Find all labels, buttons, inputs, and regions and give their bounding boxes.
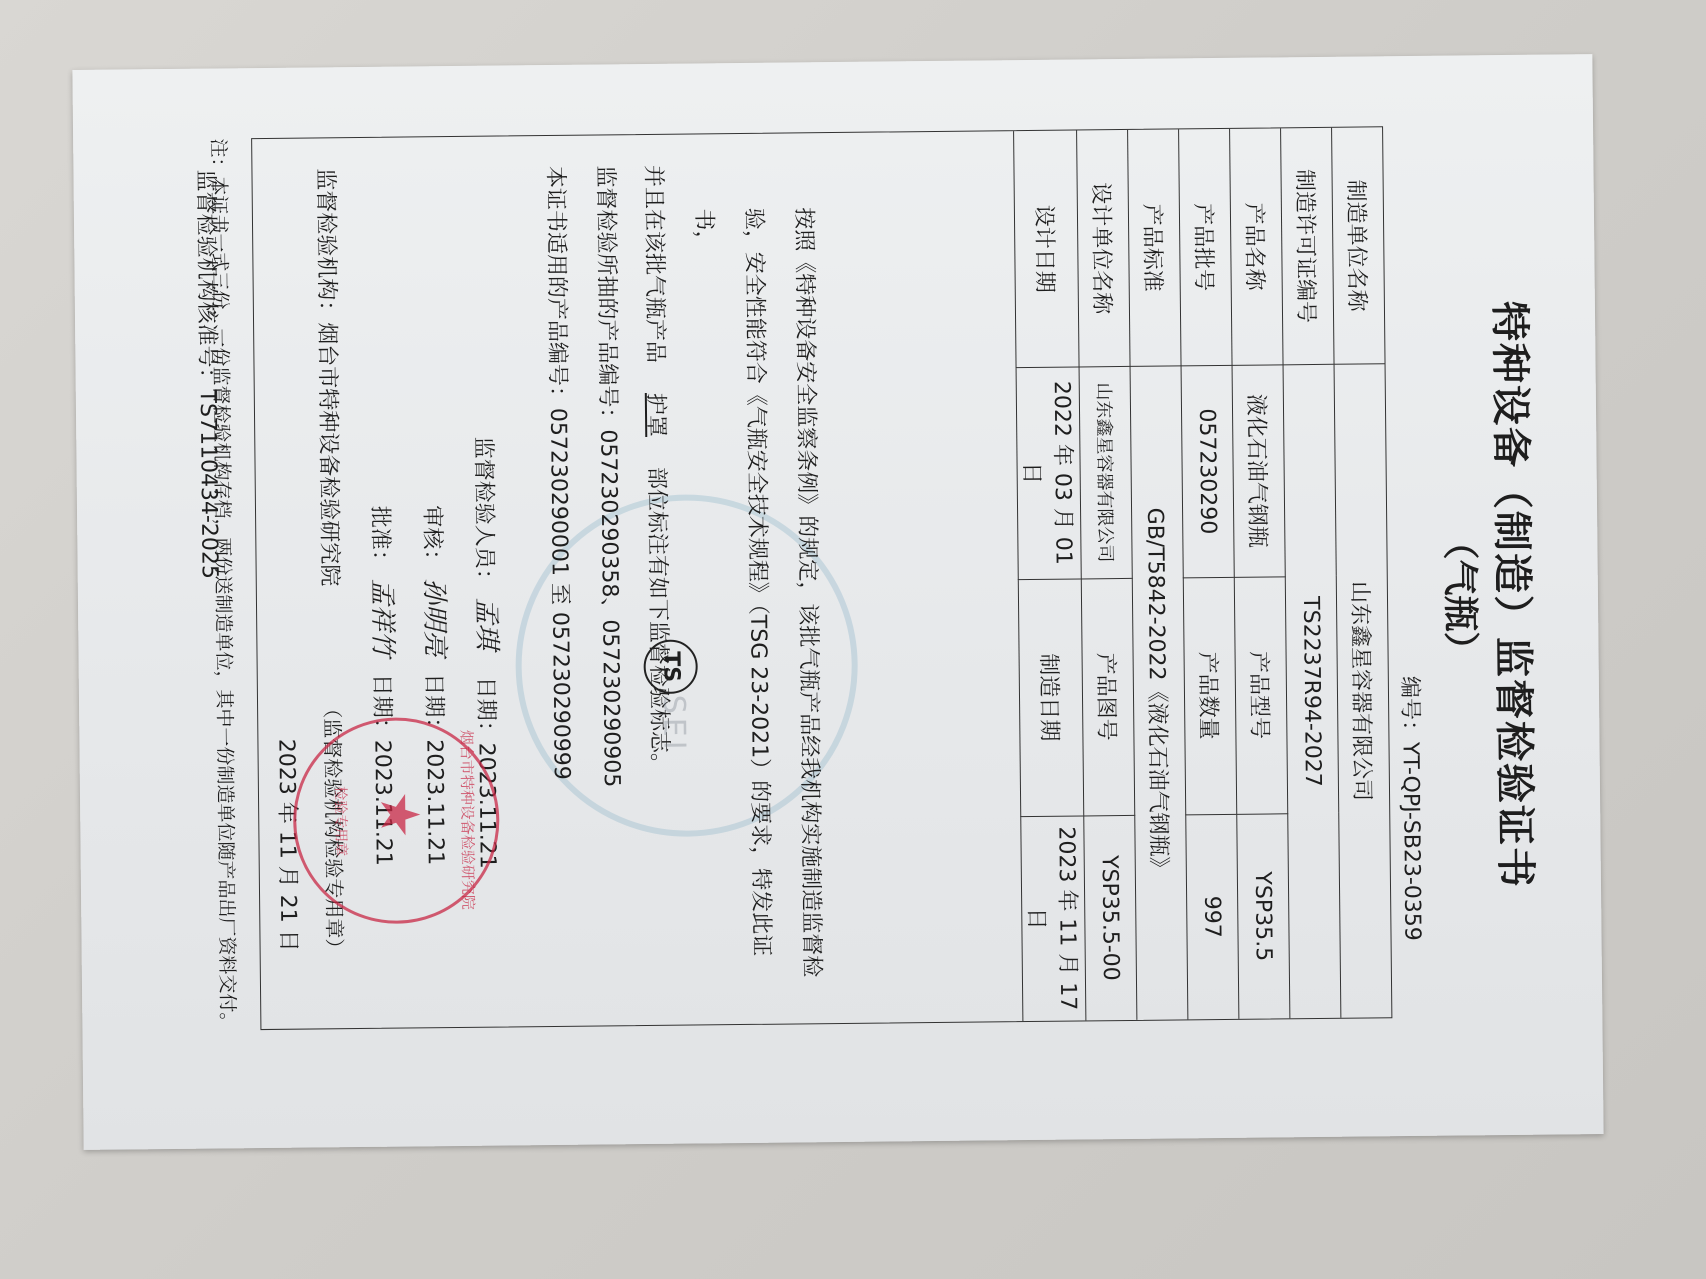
statement-prefix: 并且在该批气瓶产品	[640, 165, 667, 363]
standard-label: 产品标准	[1128, 129, 1181, 366]
statement-paragraph: 按照《特种设备安全监察条例》的规定，该批气瓶产品经我机构实施制造监督检验，安全性…	[627, 163, 836, 995]
table-row: 设计单位名称 山东鑫星容器有限公司 产品图号 YSP35.5-00	[1077, 130, 1137, 1020]
reviewer-signature: 孙明亮	[419, 578, 450, 656]
drawing-value: YSP35.5-00	[1084, 815, 1137, 1021]
official-seal: 烟台市特种设备检验研究院 ★ 检验专用章	[292, 717, 500, 925]
info-table: 制造单位名称 山东鑫星容器有限公司 制造许可证编号 TS2237R94-2027…	[1013, 127, 1391, 1021]
sampled-numbers: 监督检验所抽的产品编号：057230290358、057230290905	[591, 165, 629, 787]
seal-subtext: 检验专用章	[330, 721, 352, 921]
reviewer-label: 审核：	[419, 505, 445, 571]
batch-label: 产品批号	[1179, 129, 1232, 366]
footnote: 注：本证书一式三份，一份监督检验机构存档，两份送制造单位，其中一份制造单位随产品…	[203, 138, 242, 1038]
certificate-paper: 特种设备（制造）监督检验证书 （气瓶） 编号：YT-QPJ-SB23-0359 …	[72, 54, 1603, 1150]
certificate-page: 特种设备（制造）监督检验证书 （气瓶） 编号：YT-QPJ-SB23-0359 …	[72, 54, 1603, 1150]
approver-label: 批准：	[367, 506, 393, 572]
design-unit-value: 山东鑫星容器有限公司	[1079, 366, 1132, 578]
statement-line: 按照《特种设备安全监察条例》的规定，该批气瓶产品经我机构实施制造监督检验，安全性…	[677, 163, 836, 995]
certificate-serial: 编号：YT-QPJ-SB23-0359	[1396, 676, 1430, 941]
sampled-label: 监督检验所抽的产品编号：	[592, 165, 620, 429]
marking-position: 护罩	[642, 363, 668, 467]
applicable-label: 本证书适用的产品编号：	[542, 166, 570, 408]
product-name-label: 产品名称	[1230, 128, 1283, 365]
applicable-value: 057230290001 至 057230290999	[545, 408, 574, 780]
model-value: YSP35.5	[1237, 813, 1290, 1019]
table-row: 制造单位名称 山东鑫星容器有限公司	[1332, 127, 1392, 1017]
table-row: 制造许可证编号 TS2237R94-2027	[1281, 128, 1341, 1018]
license-label: 制造许可证编号	[1281, 128, 1334, 365]
certificate-frame: 制造单位名称 山东鑫星容器有限公司 制造许可证编号 TS2237R94-2027…	[251, 126, 1392, 1030]
ts-logo-icon: TS	[643, 639, 698, 694]
quantity-label: 产品数量	[1183, 577, 1236, 815]
drawing-label: 产品图号	[1081, 578, 1134, 816]
table-row: 产品标准 GB/T5842-2022《液化石油气钢瓶》	[1128, 129, 1188, 1019]
sampled-value: 057230290358、057230290905	[595, 429, 624, 787]
table-row: 设计日期 2022 年 03 月 01 日 制造日期 2023 年 11 月 1…	[1014, 130, 1086, 1021]
manufacturer-label: 制造单位名称	[1332, 127, 1385, 364]
mfg-date-value: 2023 年 11 月 17 日	[1021, 815, 1086, 1021]
design-date-value: 2022 年 03 月 01 日	[1016, 367, 1081, 579]
mfg-date-label: 制造日期	[1018, 578, 1083, 816]
table-row: 产品名称 液化石油气钢瓶 产品型号 YSP35.5	[1230, 128, 1290, 1018]
star-icon: ★	[372, 790, 427, 839]
approver-signature: 孟祥竹	[367, 579, 398, 657]
manufacturer-value: 山东鑫星容器有限公司	[1334, 364, 1391, 1018]
license-value: TS2237R94-2027	[1283, 364, 1341, 1018]
statement-line-2: 并且在该批气瓶产品护罩部位标注有如下监督检验标志。	[627, 165, 686, 995]
org-label: 监督检验机构：	[312, 168, 339, 322]
applicable-numbers: 本证书适用的产品编号：057230290001 至 057230290999	[541, 166, 578, 780]
seal-text: 烟台市特种设备检验研究院	[456, 720, 479, 920]
model-label: 产品型号	[1234, 576, 1287, 814]
batch-value: 057230290	[1181, 365, 1234, 577]
sei-watermark: SEI	[656, 695, 692, 754]
inspector-signature: 孟琪	[471, 598, 502, 650]
standard-value: GB/T5842-2022《液化石油气钢瓶》	[1130, 366, 1188, 1020]
quantity-value: 997	[1186, 814, 1239, 1020]
design-unit-label: 设计单位名称	[1077, 130, 1130, 367]
design-date-label: 设计日期	[1014, 130, 1079, 367]
product-name-value: 液化石油气钢瓶	[1232, 365, 1285, 577]
table-row: 产品批号 057230290 产品数量 997	[1179, 129, 1239, 1019]
inspector-label: 监督检验人员：	[470, 437, 497, 591]
org-row: 监督检验机构：烟台市特种设备检验研究院	[311, 168, 346, 586]
org-value: 烟台市特种设备检验研究院	[314, 322, 342, 586]
